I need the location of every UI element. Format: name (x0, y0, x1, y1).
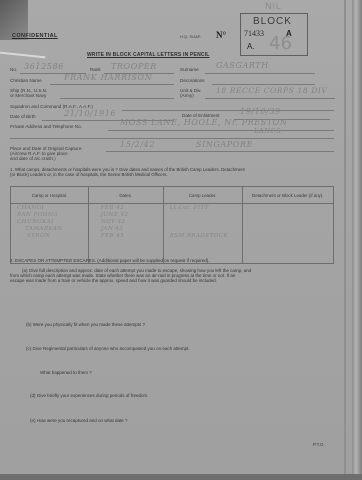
dates-cell: FEB 42 JUNE 42 NOV 42 JAN 43 FEB 45 (88, 204, 163, 264)
stamp-letter-secondary: A. (247, 42, 255, 51)
field-label-decorations: Decorations (180, 78, 205, 83)
handwritten-stamp-number: 46 (269, 33, 292, 54)
camp-entry: SYBON (17, 233, 84, 240)
camps-table: Camp or Hospital. Dates. Camp Leader. De… (10, 186, 334, 264)
field-label-surname: Surname (180, 67, 199, 72)
leader-spacer (170, 212, 238, 233)
date-entry: JUNE 42 (101, 212, 159, 219)
stamp-number: 71433 (244, 29, 264, 38)
field-line (205, 98, 335, 99)
field-value-surname: GASGARTH (216, 61, 269, 70)
field-value-dob: 21/10/1916 (64, 109, 116, 118)
page-edge (344, 0, 346, 474)
date-entry: JAN 43 (101, 226, 159, 233)
question-2-heading: 2. ESCAPES OR ATTEMPTED ESCAPES. (Additi… (10, 258, 210, 263)
please-turn-over: P.T.O. (313, 442, 325, 447)
field-value-christian-name: FRANK HARRISON (64, 73, 152, 82)
field-value-address-line2: LANCS. (254, 127, 284, 135)
field-value-address-line1: MOSS LANE, HOOLE, Nr. PRESTON (120, 118, 288, 127)
field-line (212, 84, 315, 85)
background-edge (352, 0, 362, 480)
camps-cell: CHANGI BAN POHNG CHUNGKAI TAMARKAN SYBON (11, 204, 89, 264)
field-line (108, 130, 334, 131)
field-value-capture-date: 15/2/42 (120, 140, 155, 149)
table-row: CHANGI BAN POHNG CHUNGKAI TAMARKAN SYBON… (11, 204, 334, 264)
leaders-cell: Lt.Col. FITT RSM BRADSTOCK (163, 204, 242, 264)
camp-entry: CHUNGKAI (17, 219, 84, 226)
field-label-unit: Unit & Div.(Army) (180, 88, 201, 98)
classification-label: CONFIDENTIAL (12, 33, 58, 39)
question-1-line2: (or Block) Leaders or, in the case of ho… (10, 172, 340, 177)
field-label-dob: Date of Birth (10, 114, 36, 119)
leader-entry: Lt.Col. FITT (170, 205, 238, 212)
field-line (50, 84, 174, 85)
col-leader-header: Camp Leader. (163, 187, 242, 204)
handwritten-nil: NIL (265, 2, 281, 12)
field-label-capture-line3: and date of a/c crash.) (10, 156, 56, 161)
date-entry: FEB 45 (101, 233, 159, 240)
field-line (60, 98, 174, 99)
camp-entry: BAN POHNG (17, 212, 84, 219)
question-2d: (d) Give briefly your experiences during… (30, 393, 149, 398)
field-line (106, 151, 334, 152)
field-label-address: Private Address and Telephone No. (10, 124, 82, 129)
number-mark: N° (216, 30, 226, 40)
camp-entry: CHANGI (17, 205, 84, 212)
field-line (122, 110, 334, 111)
field-label-ship: Ship (R.N., U.S.N.or Merchant Navy (10, 88, 47, 98)
leader-entry: RSM BRADSTOCK (170, 233, 238, 240)
date-entry: FEB 42 (101, 205, 159, 212)
question-2e: (e) How were you recaptured and on what … (30, 418, 128, 423)
field-label-christian-name: Christian Name (10, 78, 42, 83)
paper-clip (0, 42, 47, 59)
block-stamp: BLOCK 71433 A A. 46 (240, 13, 308, 56)
field-value-rank: TROOPER (111, 62, 157, 71)
stamp-block-label: BLOCK (253, 16, 292, 27)
bottom-edge (0, 474, 362, 480)
question-2a-line3: escape was made from a train or vehicle … (10, 278, 217, 283)
table-header-row: Camp or Hospital. Dates. Camp Leader. De… (11, 187, 334, 204)
field-line (205, 73, 315, 74)
field-value-capture-place: SINGAPORE (196, 140, 253, 149)
field-value-unit: 18 RECCE CORPS 18 DIV (216, 86, 327, 95)
question-2b: (b) Were you physically fit when you mad… (26, 322, 145, 327)
col-detachment-header: Detachment or Block Leader (if any). (242, 187, 333, 204)
instruction-heading: WRITE IN BLOCK CAPITAL LETTERS IN PENCIL (87, 52, 210, 58)
col-dates-header: Dates. (88, 187, 163, 204)
field-label-no: No. (10, 67, 17, 72)
field-value-enlistment: 19/10/39 (240, 107, 281, 116)
date-entry: NOV 42 (101, 219, 159, 226)
field-line (10, 138, 334, 139)
field-value-no: 3612586 (24, 62, 64, 71)
field-label-rank: Rank (90, 67, 101, 72)
question-2c-followup: What happened to them ? (40, 370, 92, 375)
hq-label: H.Q. S/JAP. (180, 34, 201, 39)
col-camp-header: Camp or Hospital. (11, 187, 89, 204)
question-2c: (c) Give Regimental particulars of anyon… (26, 346, 190, 351)
detachment-cell (242, 204, 333, 264)
questionnaire-page: CONFIDENTIAL H.Q. S/JAP. N° NIL BLOCK 71… (0, 0, 352, 474)
question-1: 1. What camps, detachments or hospitals … (10, 167, 340, 178)
camp-entry: TAMARKAN (17, 226, 84, 233)
